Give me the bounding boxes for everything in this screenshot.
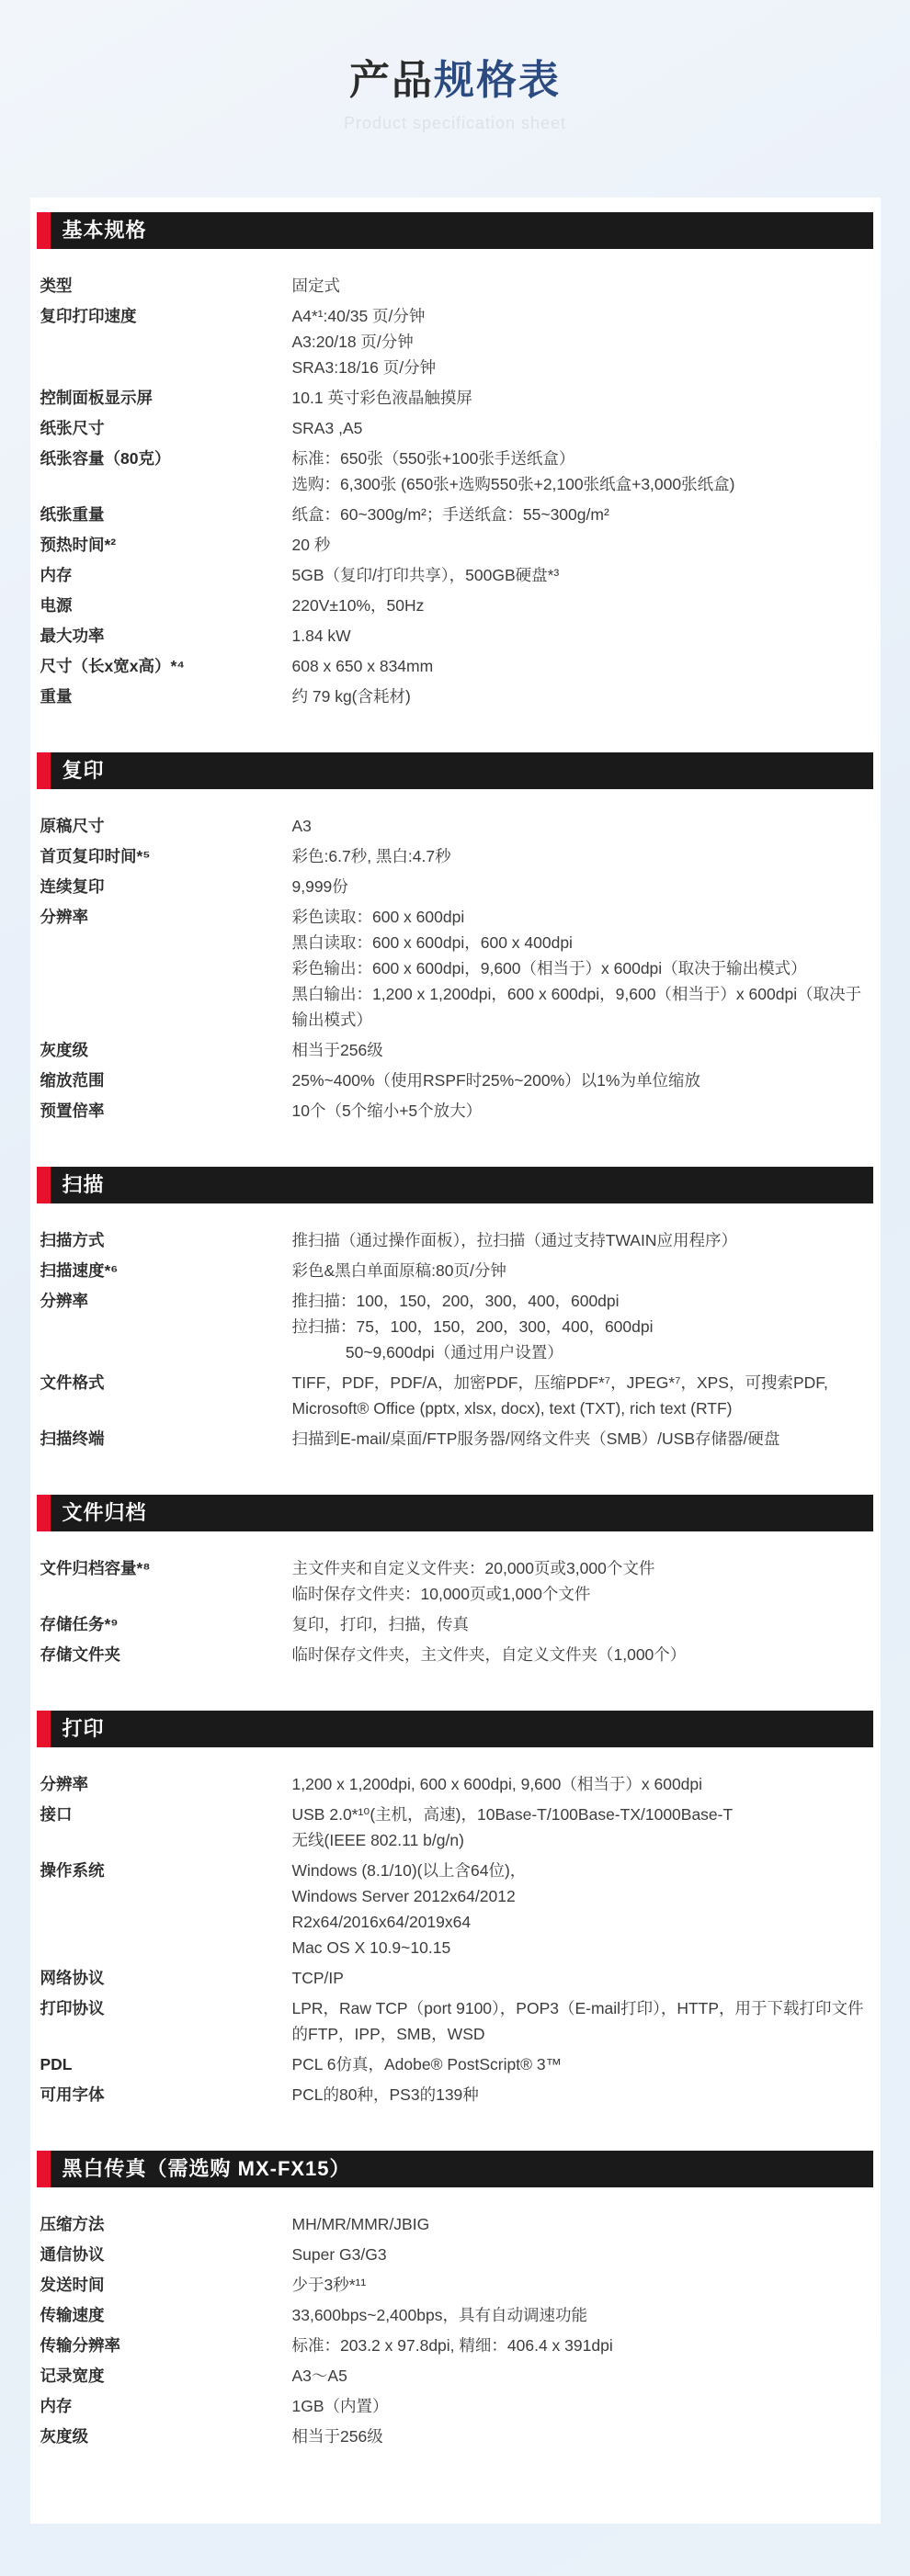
spec-value: 1.84 kW xyxy=(292,623,871,649)
table-row: 电源 220V±10%，50Hz xyxy=(39,593,871,618)
spec-value: 10.1 英寸彩色液晶触摸屏 xyxy=(292,385,871,411)
table-row: 内存 1GB（内置） xyxy=(39,2393,871,2419)
table-row: 预热时间*² 20 秒 xyxy=(39,532,871,558)
spec-value-line: TCP/IP xyxy=(292,1965,868,1991)
table-row: 记录宽度 A3～A5 xyxy=(39,2363,871,2389)
spec-label: 分辨率 xyxy=(39,1288,292,1365)
spec-label: 发送时间 xyxy=(39,2272,292,2298)
spec-value-line: A3～A5 xyxy=(292,2363,868,2389)
section-header-bar: 基本规格 xyxy=(37,212,873,249)
spec-value-line: 复印，打印，扫描，传真 xyxy=(292,1611,868,1637)
spec-label: 首页复印时间*⁵ xyxy=(39,843,292,869)
spec-value: 25%~400%（使用RSPF时25%~200%）以1%为单位缩放 xyxy=(292,1068,871,1093)
spec-value: 相当于256级 xyxy=(292,2423,871,2449)
section-rows: 压缩方法 MH/MR/MMR/JBIG 通信协议 Super G3/G3 发送时… xyxy=(37,2187,873,2487)
spec-label: 连续复印 xyxy=(39,874,292,899)
spec-value: 220V±10%，50Hz xyxy=(292,593,871,618)
spec-value-line: 纸盒：60~300g/m²；手送纸盒：55~300g/m² xyxy=(292,502,868,527)
table-row: 分辨率 彩色读取：600 x 600dpi黑白读取：600 x 600dpi，6… xyxy=(39,904,871,1033)
spec-value-line: 固定式 xyxy=(292,273,868,299)
spec-value-line: 9,999份 xyxy=(292,874,868,899)
table-row: 复印打印速度 A4*¹:40/35 页/分钟A3:20/18 页/分钟SRA3:… xyxy=(39,303,871,380)
spec-label: 最大功率 xyxy=(39,623,292,649)
spec-value-line: 标准：203.2 x 97.8dpi, 精细：406.4 x 391dpi xyxy=(292,2333,868,2358)
spec-value-line: MH/MR/MMR/JBIG xyxy=(292,2211,868,2237)
spec-value: 1,200 x 1,200dpi, 600 x 600dpi, 9,600（相当… xyxy=(292,1771,871,1797)
spec-value: TCP/IP xyxy=(292,1965,871,1991)
table-row: 发送时间 少于3秒*¹¹ xyxy=(39,2272,871,2298)
section-header-bar: 打印 xyxy=(37,1711,873,1747)
spec-value: 约 79 kg(含耗材) xyxy=(292,684,871,709)
spec-panel: 基本规格 类型 固定式 复印打印速度 A4*¹:40/35 页/分钟A3:20/… xyxy=(30,198,881,2524)
spec-label: 灰度级 xyxy=(39,2423,292,2449)
spec-section: 文件归档 文件归档容量*⁸ 主文件夹和自定义文件夹：20,000页或3,000个… xyxy=(37,1495,873,1705)
table-row: 重量 约 79 kg(含耗材) xyxy=(39,684,871,709)
spec-label: 记录宽度 xyxy=(39,2363,292,2389)
table-row: 扫描方式 推扫描（通过操作面板），拉扫描（通过支持TWAIN应用程序） xyxy=(39,1227,871,1253)
spec-label: 文件归档容量*⁸ xyxy=(39,1555,292,1607)
section-rows: 类型 固定式 复印打印速度 A4*¹:40/35 页/分钟A3:20/18 页/… xyxy=(37,249,873,747)
spec-value-line: 50~9,600dpi（通过用户设置） xyxy=(292,1339,868,1365)
spec-value-line: Windows (8.1/10)(以上含64位)， xyxy=(292,1858,868,1883)
spec-label: 预热时间*² xyxy=(39,532,292,558)
page-title-black: 产品 xyxy=(349,58,434,103)
table-row: 纸张容量（80克） 标准：650张（550张+100张手送纸盒）选购：6,300… xyxy=(39,446,871,497)
section-header-bar: 黑白传真（需选购 MX-FX15） xyxy=(37,2151,873,2187)
spec-label: 接口 xyxy=(39,1802,292,1853)
table-row: 灰度级 相当于256级 xyxy=(39,2423,871,2449)
spec-value: LPR，Raw TCP（port 9100），POP3（E-mail打印），HT… xyxy=(292,1995,871,2047)
spec-value-line: 10个（5个缩小+5个放大） xyxy=(292,1098,868,1124)
table-row: 文件格式 TIFF，PDF，PDF/A，加密PDF，压缩PDF*⁷，JPEG*⁷… xyxy=(39,1370,871,1421)
section-rows: 分辨率 1,200 x 1,200dpi, 600 x 600dpi, 9,60… xyxy=(37,1747,873,2145)
spec-value-line: 拉扫描：75，100，150，200，300，400，600dpi xyxy=(292,1314,868,1339)
spec-section: 基本规格 类型 固定式 复印打印速度 A4*¹:40/35 页/分钟A3:20/… xyxy=(37,212,873,747)
spec-value: A3 xyxy=(292,813,871,839)
spec-value-line: SRA3:18/16 页/分钟 xyxy=(292,355,868,380)
spec-label: PDL xyxy=(39,2051,292,2077)
table-row: 存储文件夹 临时保存文件夹，主文件夹，自定义文件夹（1,000个） xyxy=(39,1642,871,1667)
spec-value: Super G3/G3 xyxy=(292,2242,871,2267)
section-title: 复印 xyxy=(51,752,105,789)
spec-section: 复印 原稿尺寸 A3 首页复印时间*⁵ 彩色:6.7秒, 黑白:4.7秒 连续复… xyxy=(37,752,873,1161)
table-row: 预置倍率 10个（5个缩小+5个放大） xyxy=(39,1098,871,1124)
red-accent-bar xyxy=(37,212,51,249)
table-row: 通信协议 Super G3/G3 xyxy=(39,2242,871,2267)
section-title: 文件归档 xyxy=(51,1495,147,1531)
spec-value-line: 5GB（复印/打印共享），500GB硬盘*³ xyxy=(292,562,868,588)
spec-value-line: 彩色输出：600 x 600dpi，9,600（相当于）x 600dpi（取决于… xyxy=(292,955,868,981)
spec-label: 传输分辨率 xyxy=(39,2333,292,2358)
spec-value-line: 1.84 kW xyxy=(292,623,868,649)
spec-value-line: 标准：650张（550张+100张手送纸盒） xyxy=(292,446,868,471)
spec-label: 纸张尺寸 xyxy=(39,415,292,441)
spec-label: 扫描速度*⁶ xyxy=(39,1258,292,1283)
spec-value-line: PCL的80种，PS3的139种 xyxy=(292,2082,868,2107)
spec-label: 存储文件夹 xyxy=(39,1642,292,1667)
spec-value: MH/MR/MMR/JBIG xyxy=(292,2211,871,2237)
red-accent-bar xyxy=(37,1711,51,1747)
spec-value-line: 220V±10%，50Hz xyxy=(292,593,868,618)
spec-value: 33,600bps~2,400bps，具有自动调速功能 xyxy=(292,2302,871,2328)
spec-label: 缩放范围 xyxy=(39,1068,292,1093)
spec-value-line: LPR，Raw TCP（port 9100），POP3（E-mail打印），HT… xyxy=(292,1995,868,2047)
spec-value-line: 33,600bps~2,400bps，具有自动调速功能 xyxy=(292,2302,868,2328)
red-accent-bar xyxy=(37,752,51,789)
spec-value-line: 推扫描（通过操作面板），拉扫描（通过支持TWAIN应用程序） xyxy=(292,1227,868,1253)
spec-value-line: 少于3秒*¹¹ xyxy=(292,2272,868,2298)
spec-value: 主文件夹和自定义文件夹：20,000页或3,000个文件临时保存文件夹：10,0… xyxy=(292,1555,871,1607)
spec-value: 彩色&黑白单面原稿:80页/分钟 xyxy=(292,1258,871,1283)
red-accent-bar xyxy=(37,1167,51,1203)
spec-label: 原稿尺寸 xyxy=(39,813,292,839)
spec-label: 网络协议 xyxy=(39,1965,292,1991)
spec-label: 尺寸（长x宽x高）*⁴ xyxy=(39,653,292,679)
section-rows: 扫描方式 推扫描（通过操作面板），拉扫描（通过支持TWAIN应用程序） 扫描速度… xyxy=(37,1203,873,1489)
spec-label: 分辨率 xyxy=(39,904,292,1033)
spec-value-line: A4*¹:40/35 页/分钟 xyxy=(292,303,868,329)
spec-value-line: R2x64/2016x64/2019x64 xyxy=(292,1909,868,1935)
spec-value-line: 彩色:6.7秒, 黑白:4.7秒 xyxy=(292,843,868,869)
spec-value-line: 临时保存文件夹：10,000页或1,000个文件 xyxy=(292,1581,868,1607)
spec-label: 扫描方式 xyxy=(39,1227,292,1253)
spec-value-line: Mac OS X 10.9~10.15 xyxy=(292,1935,868,1960)
spec-section: 打印 分辨率 1,200 x 1,200dpi, 600 x 600dpi, 9… xyxy=(37,1711,873,2145)
spec-label: 可用字体 xyxy=(39,2082,292,2107)
table-row: PDL PCL 6仿真，Adobe® PostScript® 3™ xyxy=(39,2051,871,2077)
table-row: 压缩方法 MH/MR/MMR/JBIG xyxy=(39,2211,871,2237)
table-row: 纸张尺寸 SRA3 ,A5 xyxy=(39,415,871,441)
page-header: 产品规格表 Product specification sheet xyxy=(0,0,910,198)
spec-value-line: USB 2.0*¹⁰(主机，高速)，10Base-T/100Base-TX/10… xyxy=(292,1802,868,1827)
spec-section: 黑白传真（需选购 MX-FX15） 压缩方法 MH/MR/MMR/JBIG 通信… xyxy=(37,2151,873,2487)
page-title-blue: 规格表 xyxy=(434,58,561,103)
table-row: 纸张重量 纸盒：60~300g/m²；手送纸盒：55~300g/m² xyxy=(39,502,871,527)
section-title: 基本规格 xyxy=(51,212,147,249)
spec-value-line: 临时保存文件夹，主文件夹，自定义文件夹（1,000个） xyxy=(292,1642,868,1667)
table-row: 网络协议 TCP/IP xyxy=(39,1965,871,1991)
spec-label: 扫描终端 xyxy=(39,1426,292,1452)
spec-label: 纸张容量（80克） xyxy=(39,446,292,497)
spec-value: PCL的80种，PS3的139种 xyxy=(292,2082,871,2107)
spec-value: A4*¹:40/35 页/分钟A3:20/18 页/分钟SRA3:18/16 页… xyxy=(292,303,871,380)
section-title: 黑白传真（需选购 MX-FX15） xyxy=(51,2151,351,2187)
spec-label: 复印打印速度 xyxy=(39,303,292,380)
table-row: 内存 5GB（复印/打印共享），500GB硬盘*³ xyxy=(39,562,871,588)
table-row: 首页复印时间*⁵ 彩色:6.7秒, 黑白:4.7秒 xyxy=(39,843,871,869)
spec-value: 608 x 650 x 834mm xyxy=(292,653,871,679)
spec-value: 彩色:6.7秒, 黑白:4.7秒 xyxy=(292,843,871,869)
spec-label: 文件格式 xyxy=(39,1370,292,1421)
spec-value: 1GB（内置） xyxy=(292,2393,871,2419)
spec-label: 分辨率 xyxy=(39,1771,292,1797)
table-row: 操作系统 Windows (8.1/10)(以上含64位)，Windows Se… xyxy=(39,1858,871,1960)
spec-label: 灰度级 xyxy=(39,1037,292,1063)
table-row: 存储任务*⁹ 复印，打印，扫描，传真 xyxy=(39,1611,871,1637)
table-row: 可用字体 PCL的80种，PS3的139种 xyxy=(39,2082,871,2107)
spec-value-line: 无线(IEEE 802.11 b/g/n) xyxy=(292,1827,868,1853)
red-accent-bar xyxy=(37,1495,51,1531)
spec-value: Windows (8.1/10)(以上含64位)，Windows Server … xyxy=(292,1858,871,1960)
spec-value: 5GB（复印/打印共享），500GB硬盘*³ xyxy=(292,562,871,588)
spec-section: 扫描 扫描方式 推扫描（通过操作面板），拉扫描（通过支持TWAIN应用程序） 扫… xyxy=(37,1167,873,1489)
spec-value-line: A3 xyxy=(292,813,868,839)
spec-value-line: Windows Server 2012x64/2012 xyxy=(292,1883,868,1909)
spec-label: 操作系统 xyxy=(39,1858,292,1960)
page-subtitle: Product specification sheet xyxy=(0,114,910,133)
spec-value-line: 相当于256级 xyxy=(292,1037,868,1063)
spec-value-line: 1,200 x 1,200dpi, 600 x 600dpi, 9,600（相当… xyxy=(292,1771,868,1797)
spec-value-line: 选购：6,300张 (650张+选购550张+2,100张纸盒+3,000张纸盒… xyxy=(292,471,868,497)
spec-label: 通信协议 xyxy=(39,2242,292,2267)
spec-label: 传输速度 xyxy=(39,2302,292,2328)
spec-value: 临时保存文件夹，主文件夹，自定义文件夹（1,000个） xyxy=(292,1642,871,1667)
table-row: 扫描终端 扫描到E-mail/桌面/FTP服务器/网络文件夹（SMB）/USB存… xyxy=(39,1426,871,1452)
spec-label: 重量 xyxy=(39,684,292,709)
table-row: 传输分辨率 标准：203.2 x 97.8dpi, 精细：406.4 x 391… xyxy=(39,2333,871,2358)
section-title: 扫描 xyxy=(51,1167,105,1203)
spec-value-line: 相当于256级 xyxy=(292,2423,868,2449)
spec-value: 纸盒：60~300g/m²；手送纸盒：55~300g/m² xyxy=(292,502,871,527)
spec-value: 推扫描：100，150，200，300，400，600dpi拉扫描：75，100… xyxy=(292,1288,871,1365)
table-row: 分辨率 推扫描：100，150，200，300，400，600dpi拉扫描：75… xyxy=(39,1288,871,1365)
table-row: 扫描速度*⁶ 彩色&黑白单面原稿:80页/分钟 xyxy=(39,1258,871,1283)
spec-value-line: 主文件夹和自定义文件夹：20,000页或3,000个文件 xyxy=(292,1555,868,1581)
spec-value: SRA3 ,A5 xyxy=(292,415,871,441)
spec-value: TIFF，PDF，PDF/A，加密PDF，压缩PDF*⁷，JPEG*⁷，XPS，… xyxy=(292,1370,871,1421)
section-header-bar: 文件归档 xyxy=(37,1495,873,1531)
spec-value-line: 约 79 kg(含耗材) xyxy=(292,684,868,709)
spec-value: 扫描到E-mail/桌面/FTP服务器/网络文件夹（SMB）/USB存储器/硬盘 xyxy=(292,1426,871,1452)
spec-value-line: 1GB（内置） xyxy=(292,2393,868,2419)
table-row: 分辨率 1,200 x 1,200dpi, 600 x 600dpi, 9,60… xyxy=(39,1771,871,1797)
spec-label: 纸张重量 xyxy=(39,502,292,527)
spec-value-line: 20 秒 xyxy=(292,532,868,558)
spec-value-line: SRA3 ,A5 xyxy=(292,415,868,441)
spec-value: 标准：650张（550张+100张手送纸盒）选购：6,300张 (650张+选购… xyxy=(292,446,871,497)
section-rows: 文件归档容量*⁸ 主文件夹和自定义文件夹：20,000页或3,000个文件临时保… xyxy=(37,1531,873,1705)
page-title: 产品规格表 xyxy=(0,57,910,105)
spec-value-line: PCL 6仿真，Adobe® PostScript® 3™ xyxy=(292,2051,868,2077)
spec-value: 彩色读取：600 x 600dpi黑白读取：600 x 600dpi，600 x… xyxy=(292,904,871,1033)
spec-label: 电源 xyxy=(39,593,292,618)
spec-label: 压缩方法 xyxy=(39,2211,292,2237)
spec-value-line: 608 x 650 x 834mm xyxy=(292,653,868,679)
spec-value-line: Super G3/G3 xyxy=(292,2242,868,2267)
table-row: 接口 USB 2.0*¹⁰(主机，高速)，10Base-T/100Base-TX… xyxy=(39,1802,871,1853)
table-row: 传输速度 33,600bps~2,400bps，具有自动调速功能 xyxy=(39,2302,871,2328)
section-title: 打印 xyxy=(51,1711,105,1747)
table-row: 类型 固定式 xyxy=(39,273,871,299)
spec-value-line: 彩色读取：600 x 600dpi xyxy=(292,904,868,930)
table-row: 连续复印 9,999份 xyxy=(39,874,871,899)
table-row: 缩放范围 25%~400%（使用RSPF时25%~200%）以1%为单位缩放 xyxy=(39,1068,871,1093)
spec-value: 标准：203.2 x 97.8dpi, 精细：406.4 x 391dpi xyxy=(292,2333,871,2358)
section-rows: 原稿尺寸 A3 首页复印时间*⁵ 彩色:6.7秒, 黑白:4.7秒 连续复印 9… xyxy=(37,789,873,1161)
spec-value: A3～A5 xyxy=(292,2363,871,2389)
spec-value: 20 秒 xyxy=(292,532,871,558)
table-row: 最大功率 1.84 kW xyxy=(39,623,871,649)
table-row: 灰度级 相当于256级 xyxy=(39,1037,871,1063)
spec-value: 固定式 xyxy=(292,273,871,299)
spec-value-line: 彩色&黑白单面原稿:80页/分钟 xyxy=(292,1258,868,1283)
spec-value: 10个（5个缩小+5个放大） xyxy=(292,1098,871,1124)
spec-value-line: 黑白输出：1,200 x 1,200dpi，600 x 600dpi，9,600… xyxy=(292,981,868,1033)
red-accent-bar xyxy=(37,2151,51,2187)
table-row: 控制面板显示屏 10.1 英寸彩色液晶触摸屏 xyxy=(39,385,871,411)
spec-value-line: 25%~400%（使用RSPF时25%~200%）以1%为单位缩放 xyxy=(292,1068,868,1093)
table-row: 原稿尺寸 A3 xyxy=(39,813,871,839)
spec-value-line: 扫描到E-mail/桌面/FTP服务器/网络文件夹（SMB）/USB存储器/硬盘 xyxy=(292,1426,868,1452)
spec-value: 推扫描（通过操作面板），拉扫描（通过支持TWAIN应用程序） xyxy=(292,1227,871,1253)
spec-label: 打印协议 xyxy=(39,1995,292,2047)
spec-value: USB 2.0*¹⁰(主机，高速)，10Base-T/100Base-TX/10… xyxy=(292,1802,871,1853)
spec-label: 内存 xyxy=(39,2393,292,2419)
table-row: 打印协议 LPR，Raw TCP（port 9100），POP3（E-mail打… xyxy=(39,1995,871,2047)
section-header-bar: 扫描 xyxy=(37,1167,873,1203)
page-background: { "page": { "title_black": "产品", "title_… xyxy=(0,0,910,2576)
spec-value-line: 黑白读取：600 x 600dpi，600 x 400dpi xyxy=(292,930,868,955)
spec-value: 相当于256级 xyxy=(292,1037,871,1063)
table-row: 尺寸（长x宽x高）*⁴ 608 x 650 x 834mm xyxy=(39,653,871,679)
spec-value: 少于3秒*¹¹ xyxy=(292,2272,871,2298)
spec-value-line: TIFF，PDF，PDF/A，加密PDF，压缩PDF*⁷，JPEG*⁷，XPS，… xyxy=(292,1370,868,1421)
spec-label: 控制面板显示屏 xyxy=(39,385,292,411)
spec-value-line: A3:20/18 页/分钟 xyxy=(292,329,868,355)
spec-label: 预置倍率 xyxy=(39,1098,292,1124)
spec-value-line: 10.1 英寸彩色液晶触摸屏 xyxy=(292,385,868,411)
spec-value: 9,999份 xyxy=(292,874,871,899)
spec-label: 类型 xyxy=(39,273,292,299)
spec-value: PCL 6仿真，Adobe® PostScript® 3™ xyxy=(292,2051,871,2077)
spec-label: 内存 xyxy=(39,562,292,588)
section-header-bar: 复印 xyxy=(37,752,873,789)
table-row: 文件归档容量*⁸ 主文件夹和自定义文件夹：20,000页或3,000个文件临时保… xyxy=(39,1555,871,1607)
spec-label: 存储任务*⁹ xyxy=(39,1611,292,1637)
spec-value-line: 推扫描：100，150，200，300，400，600dpi xyxy=(292,1288,868,1314)
spec-value: 复印，打印，扫描，传真 xyxy=(292,1611,871,1637)
